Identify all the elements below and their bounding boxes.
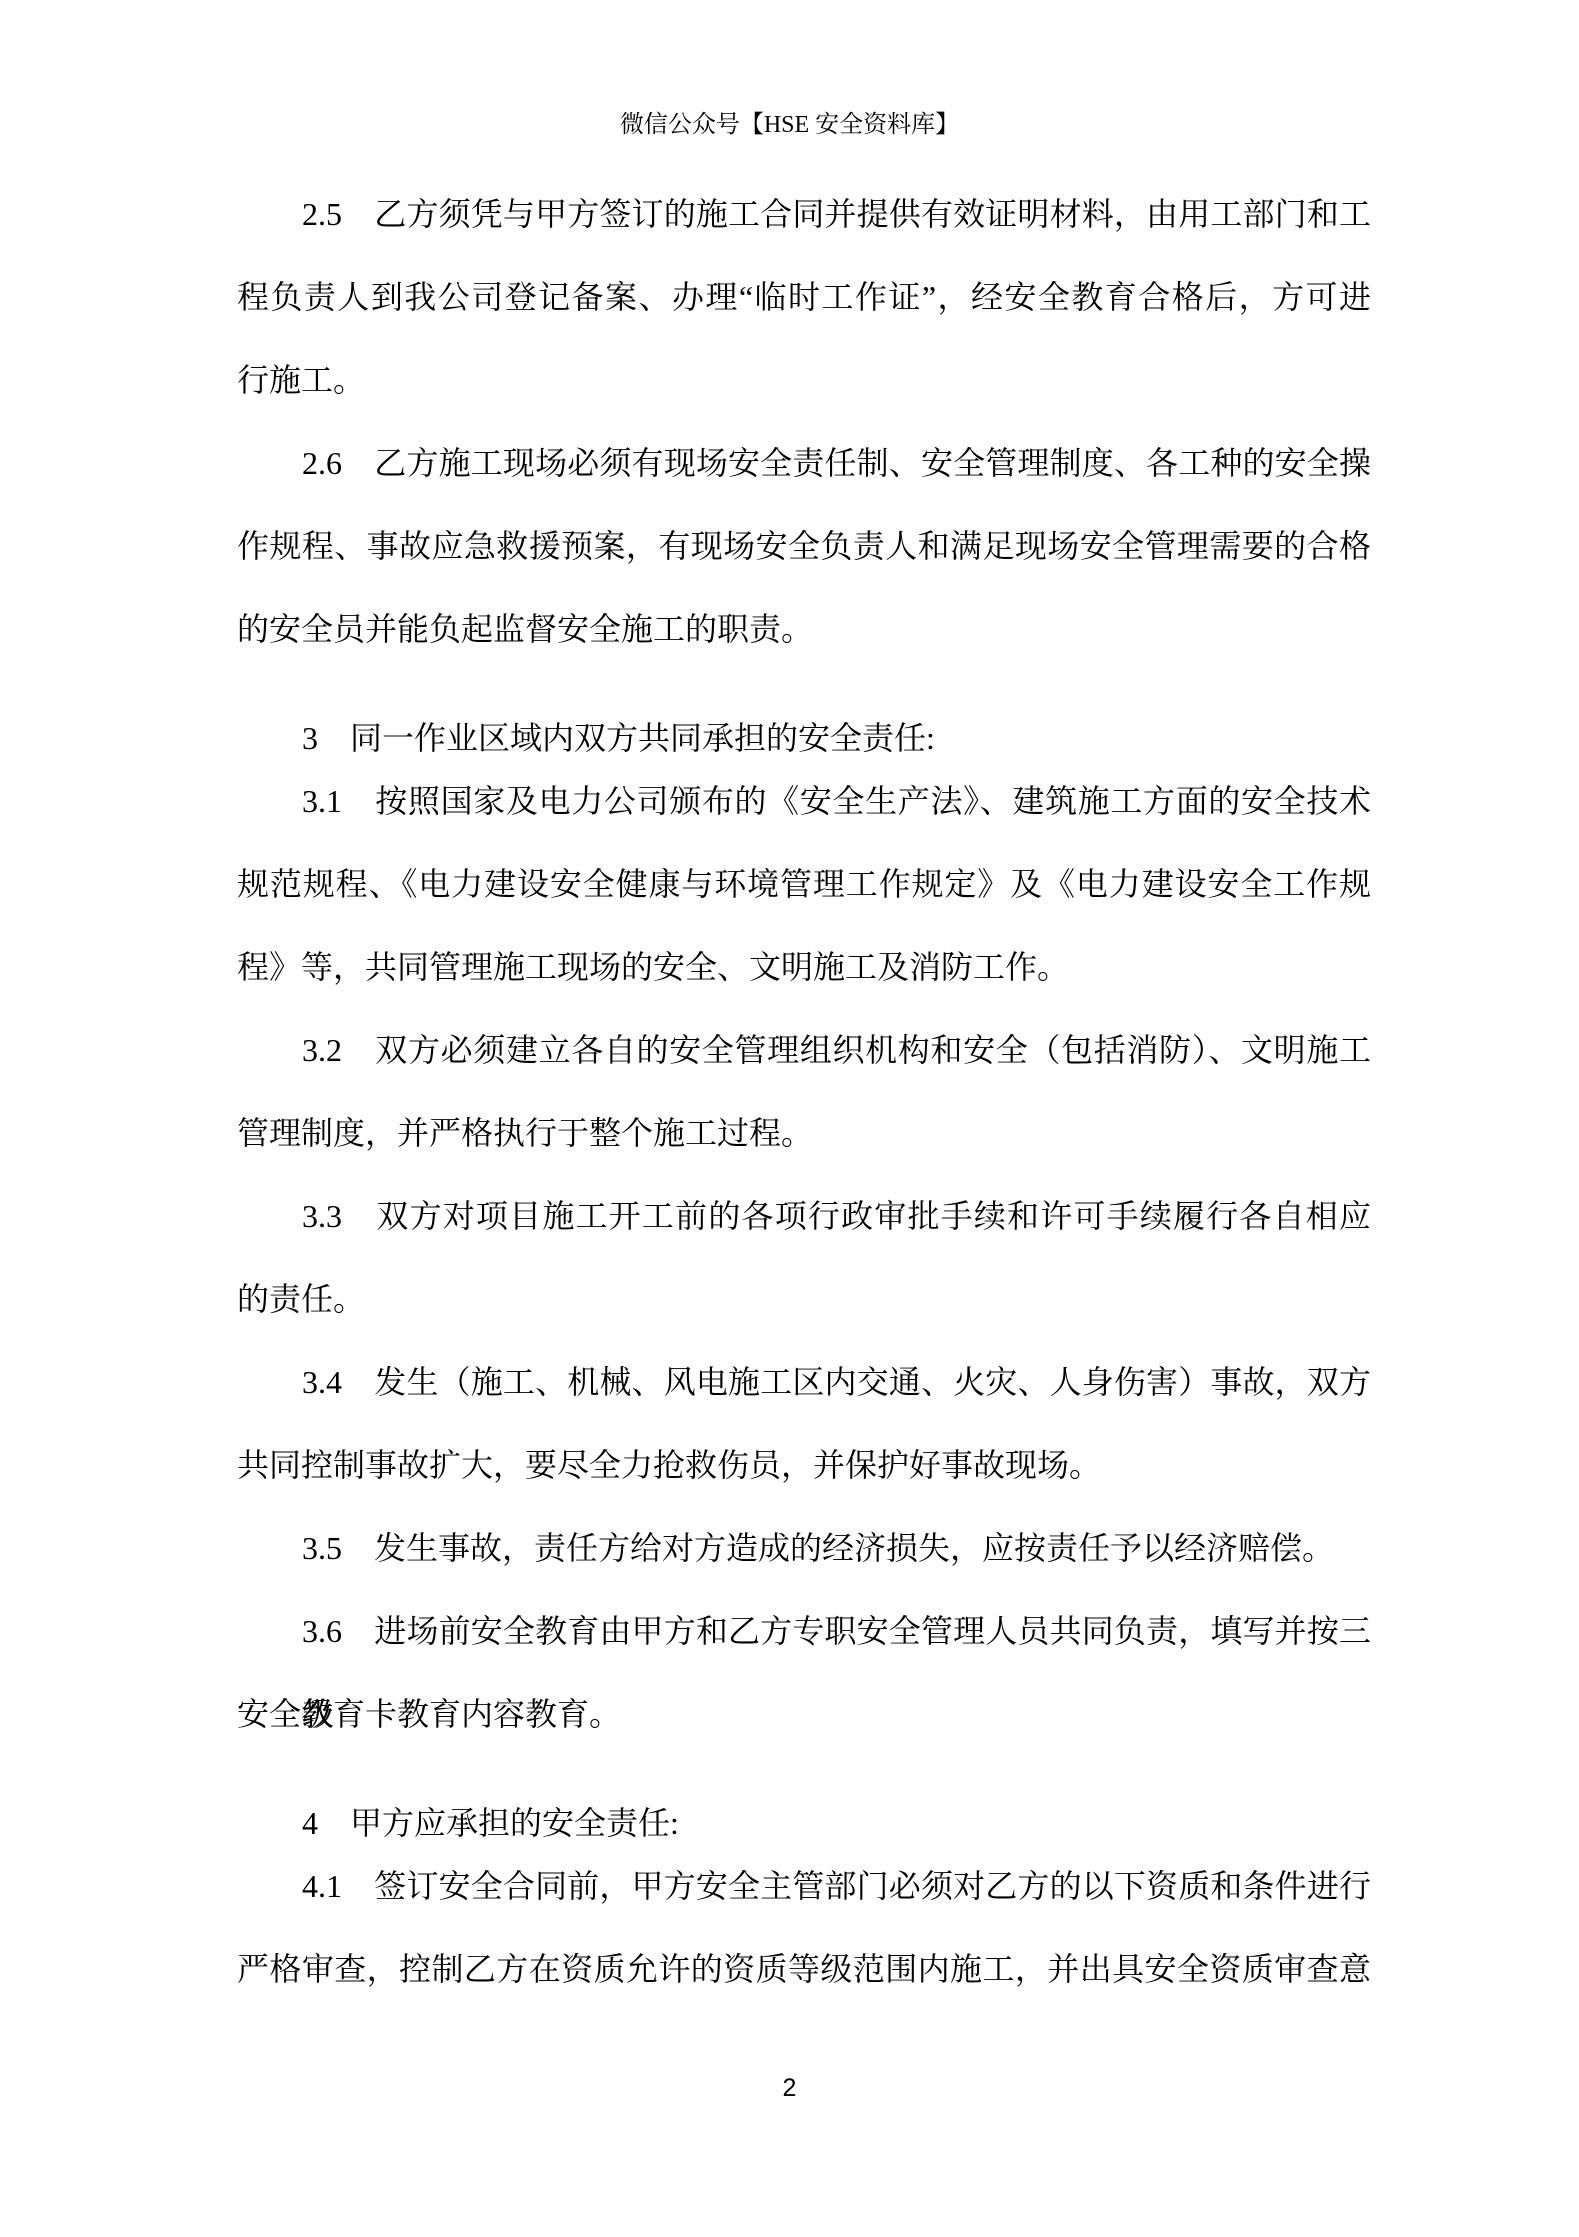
paragraph-clause-3-3: 3.3 双方对项目施工开工前的各项行政审批手续和许可手续履行各自相应 的责任。: [237, 1175, 1371, 1341]
text-line: 作规程、事故应急救援预案，有现场安全负责人和满足现场安全管理需要的合格: [237, 505, 1371, 588]
text-line: 的安全员并能负起监督安全施工的职责。: [237, 588, 1371, 671]
header-watermark: 微信公众号【HSE 安全资料库】: [0, 111, 1579, 139]
document-page: 微信公众号【HSE 安全资料库】 2.5 乙方须凭与甲方签订的施工合同并提供有效…: [0, 0, 1579, 2237]
paragraph-clause-3-6: 3.6 进场前安全教育由甲方和乙方专职安全管理人员共同负责，填写并按三级 安全教…: [237, 1590, 1371, 1756]
paragraph-clause-3-4: 3.4 发生（施工、机械、风电施工区内交通、火灾、人身伤害）事故，双方 共同控制…: [237, 1341, 1371, 1507]
text-line: 程》等，共同管理施工现场的安全、文明施工及消防工作。: [237, 926, 1371, 1009]
paragraph-clause-3-2: 3.2 双方必须建立各自的安全管理组织机构和安全（包括消防）、文明施工 管理制度…: [237, 1009, 1371, 1175]
paragraph-clause-4-1: 4.1 签订安全合同前，甲方安全主管部门必须对乙方的以下资质和条件进行 严格审查…: [237, 1845, 1371, 2011]
text-line: 3.2 双方必须建立各自的安全管理组织机构和安全（包括消防）、文明施工: [237, 1009, 1371, 1092]
text-line: 3.4 发生（施工、机械、风电施工区内交通、火灾、人身伤害）事故，双方: [237, 1341, 1371, 1424]
text-line: 严格审查，控制乙方在资质允许的资质等级范围内施工，并出具安全资质审查意: [237, 1928, 1371, 2011]
text-line: 2.6 乙方施工现场必须有现场安全责任制、安全管理制度、各工种的安全操: [237, 422, 1371, 505]
text-line: 管理制度，并严格执行于整个施工过程。: [237, 1092, 1371, 1175]
text-line: 3.5 发生事故，责任方给对方造成的经济损失，应按责任予以经济赔偿。: [237, 1507, 1371, 1590]
paragraph-clause-2-5: 2.5 乙方须凭与甲方签订的施工合同并提供有效证明材料，由用工部门和工 程负责人…: [237, 173, 1371, 422]
text-line: 规范规程、《电力建设安全健康与环境管理工作规定》及《电力建设安全工作规: [237, 843, 1371, 926]
text-line: 4.1 签订安全合同前，甲方安全主管部门必须对乙方的以下资质和条件进行: [237, 1845, 1371, 1928]
text-line: 3.3 双方对项目施工开工前的各项行政审批手续和许可手续履行各自相应: [237, 1175, 1371, 1258]
page-number: 2: [0, 2074, 1579, 2102]
text-line: 共同控制事故扩大，要尽全力抢救伤员，并保护好事故现场。: [237, 1424, 1371, 1507]
text-line: 2.5 乙方须凭与甲方签订的施工合同并提供有效证明材料，由用工部门和工: [237, 173, 1371, 256]
document-body: 2.5 乙方须凭与甲方签订的施工合同并提供有效证明材料，由用工部门和工 程负责人…: [237, 173, 1371, 2011]
paragraph-clause-3-5: 3.5 发生事故，责任方给对方造成的经济损失，应按责任予以经济赔偿。: [237, 1507, 1371, 1590]
text-line: 程负责人到我公司登记备案、办理“临时工作证”，经安全教育合格后，方可进: [237, 256, 1371, 339]
text-line: 安全教育卡教育内容教育。: [237, 1673, 1371, 1756]
text-line: 的责任。: [237, 1258, 1371, 1341]
paragraph-clause-2-6: 2.6 乙方施工现场必须有现场安全责任制、安全管理制度、各工种的安全操 作规程、…: [237, 422, 1371, 671]
paragraph-clause-3-1: 3.1 按照国家及电力公司颁布的《安全生产法》、建筑施工方面的安全技术 规范规程…: [237, 760, 1371, 1009]
text-line: 3.1 按照国家及电力公司颁布的《安全生产法》、建筑施工方面的安全技术: [237, 760, 1371, 843]
text-line: 3.6 进场前安全教育由甲方和乙方专职安全管理人员共同负责，填写并按三级: [237, 1590, 1371, 1673]
text-line: 行施工。: [237, 339, 1371, 422]
